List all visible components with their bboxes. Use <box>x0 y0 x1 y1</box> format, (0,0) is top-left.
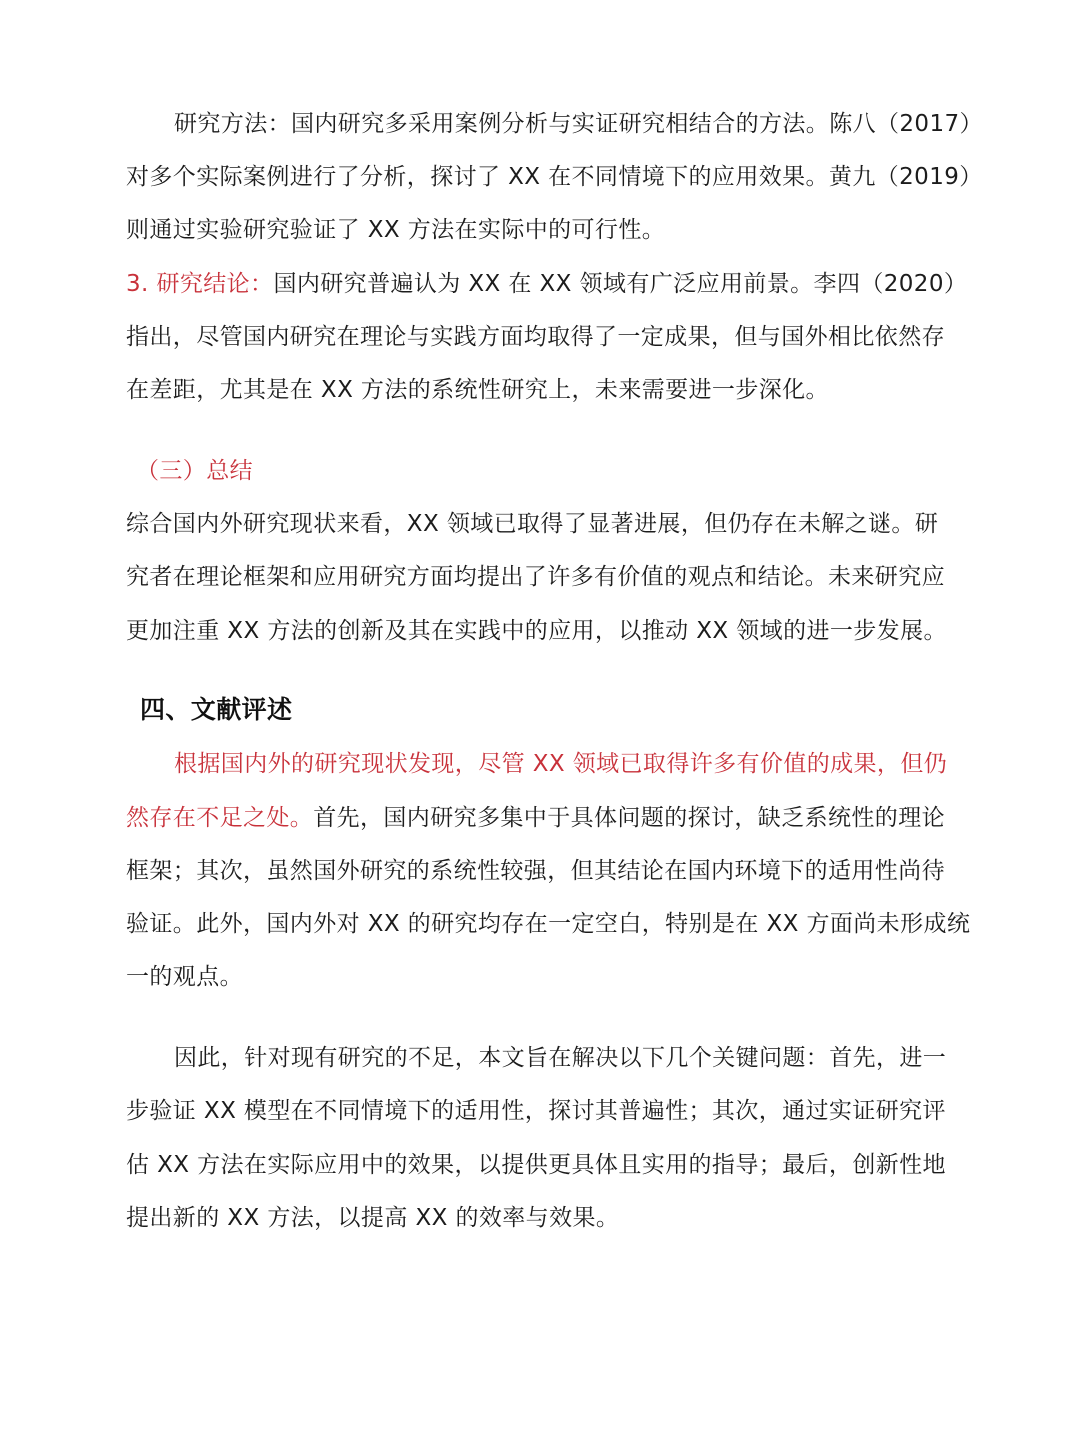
conclusion-text-1: 国内研究普遍认为 XX 在 XX 领域有广泛应用前景。李四（2020） <box>273 271 967 297</box>
review-p2-line-1: 因此，针对现有研究的不足，本文旨在解决以下几个关键问题：首先，进一 <box>174 1042 946 1074</box>
summary-line-3: 更加注重 XX 方法的创新及其在实践中的应用，以推动 XX 领域的进一步发展。 <box>126 615 947 647</box>
conclusion-line-2: 指出，尽管国内研究在理论与实践方面均取得了一定成果，但与国外相比依然存 <box>126 321 945 353</box>
conclusion-line-3: 在差距，尤其是在 XX 方法的系统性研究上，未来需要进一步深化。 <box>126 374 829 406</box>
methods-line-2: 对多个实际案例进行了分析，探讨了 XX 在不同情境下的应用效果。黄九（2019） <box>126 161 983 193</box>
methods-line-3: 则通过实验研究验证了 XX 方法在实际中的可行性。 <box>126 214 665 246</box>
review-p2-line-3: 估 XX 方法在实际应用中的效果，以提供更具体且实用的指导；最后，创新性地 <box>126 1149 946 1181</box>
review-p1-line-4: 验证。此外，国内外对 XX 的研究均存在一定空白，特别是在 XX 方面尚未形成统 <box>126 908 970 940</box>
review-p1-red-fragment: 然存在不足之处。 <box>126 805 313 831</box>
review-heading: 四、文献评述 <box>140 694 292 726</box>
conclusion-line-1: 3. 研究结论：国内研究普遍认为 XX 在 XX 领域有广泛应用前景。李四（20… <box>126 268 967 300</box>
summary-line-2: 究者在理论框架和应用研究方面均提出了许多有价值的观点和结论。未来研究应 <box>126 561 945 593</box>
review-p1-line-2-rest: 首先，国内研究多集中于具体问题的探讨，缺乏系统性的理论 <box>313 805 945 831</box>
review-p2-line-2: 步验证 XX 模型在不同情境下的适用性，探讨其普遍性；其次，通过实证研究评 <box>126 1095 946 1127</box>
review-p1-line-1: 根据国内外的研究现状发现，尽管 XX 领域已取得许多有价值的成果，但仍 <box>174 748 947 780</box>
methods-line-1: 研究方法：国内研究多采用案例分析与实证研究相结合的方法。陈八（2017） <box>174 108 983 140</box>
summary-heading: （三）总结 <box>136 455 253 487</box>
review-p1-line-5: 一的观点。 <box>126 961 243 993</box>
summary-line-1: 综合国内外研究现状来看，XX 领域已取得了显著进展，但仍存在未解之谜。研 <box>126 508 938 540</box>
review-p2-line-4: 提出新的 XX 方法，以提高 XX 的效率与效果。 <box>126 1202 619 1234</box>
review-p1-line-3: 框架；其次，虽然国外研究的系统性较强，但其结论在国内环境下的适用性尚待 <box>126 855 945 887</box>
review-p1-line-2: 然存在不足之处。首先，国内研究多集中于具体问题的探讨，缺乏系统性的理论 <box>126 802 945 834</box>
conclusion-label: 3. 研究结论： <box>126 271 273 297</box>
